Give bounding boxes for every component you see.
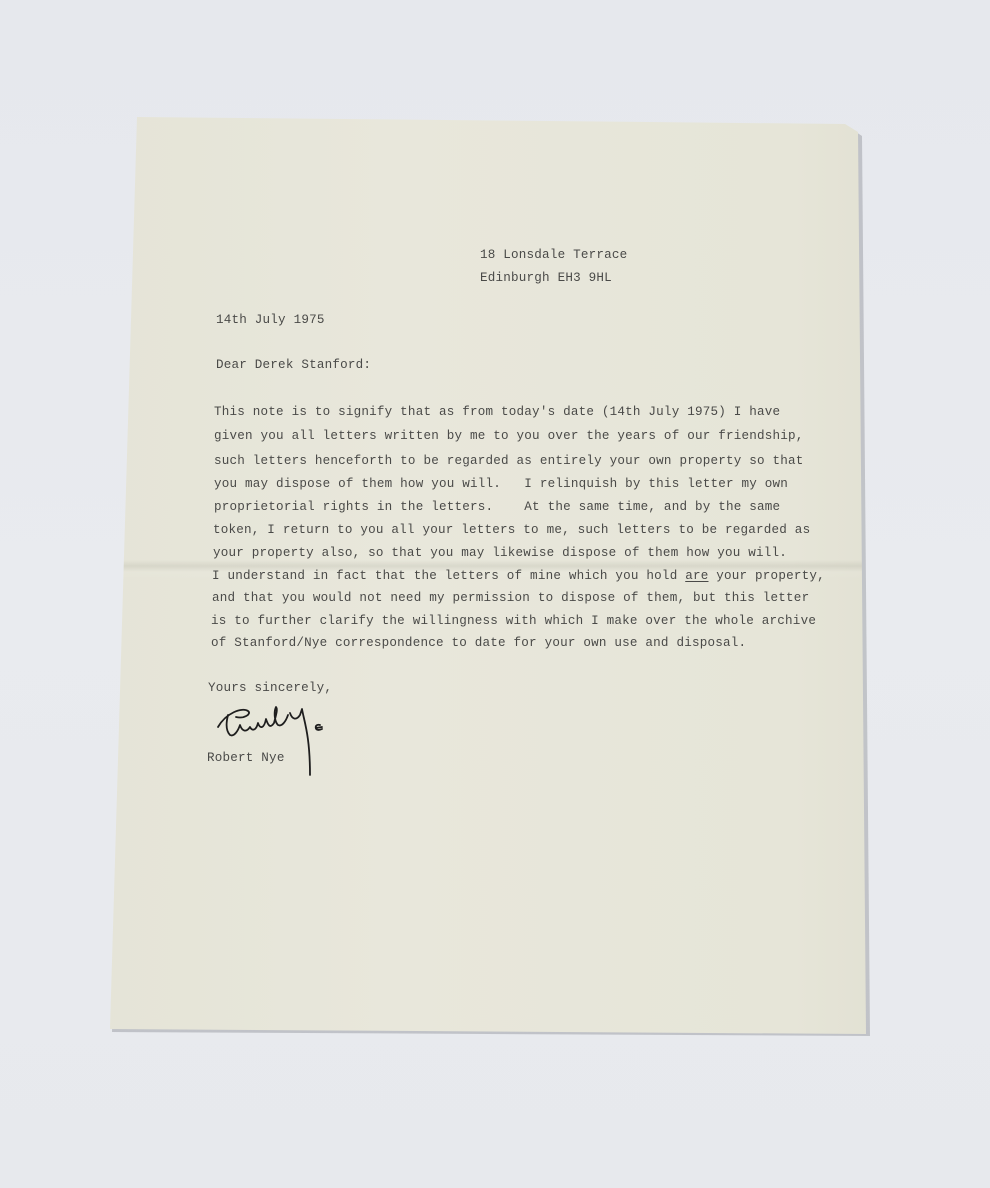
body-line: you may dispose of them how you will. I … [214,478,788,491]
signature-icon [214,705,339,777]
body-line: token, I return to you all your letters … [213,524,810,537]
letter-date: 14th July 1975 [216,314,325,327]
body-line: such letters henceforth to be regarded a… [214,455,804,468]
body-line: This note is to signify that as from tod… [214,406,780,419]
underlined-word: are [685,569,708,583]
address-line-1: 18 Lonsdale Terrace [480,249,627,262]
body-line: of Stanford/Nye correspondence to date f… [211,637,746,650]
body-text: I understand in fact that the letters of… [212,569,685,583]
salutation: Dear Derek Stanford: [216,359,371,372]
body-line: your property also, so that you may like… [213,547,787,560]
body-line: proprietorial rights in the letters. At … [214,501,780,514]
body-text: your property, [709,569,825,583]
closing: Yours sincerely, [208,682,332,695]
body-line: is to further clarify the willingness wi… [211,615,816,628]
signatory-name: Robert Nye [207,752,285,765]
body-line: I understand in fact that the letters of… [212,570,825,583]
body-line: and that you would not need my permissio… [212,592,809,605]
body-line: given you all letters written by me to y… [214,430,804,443]
address-line-2: Edinburgh EH3 9HL [480,272,612,285]
